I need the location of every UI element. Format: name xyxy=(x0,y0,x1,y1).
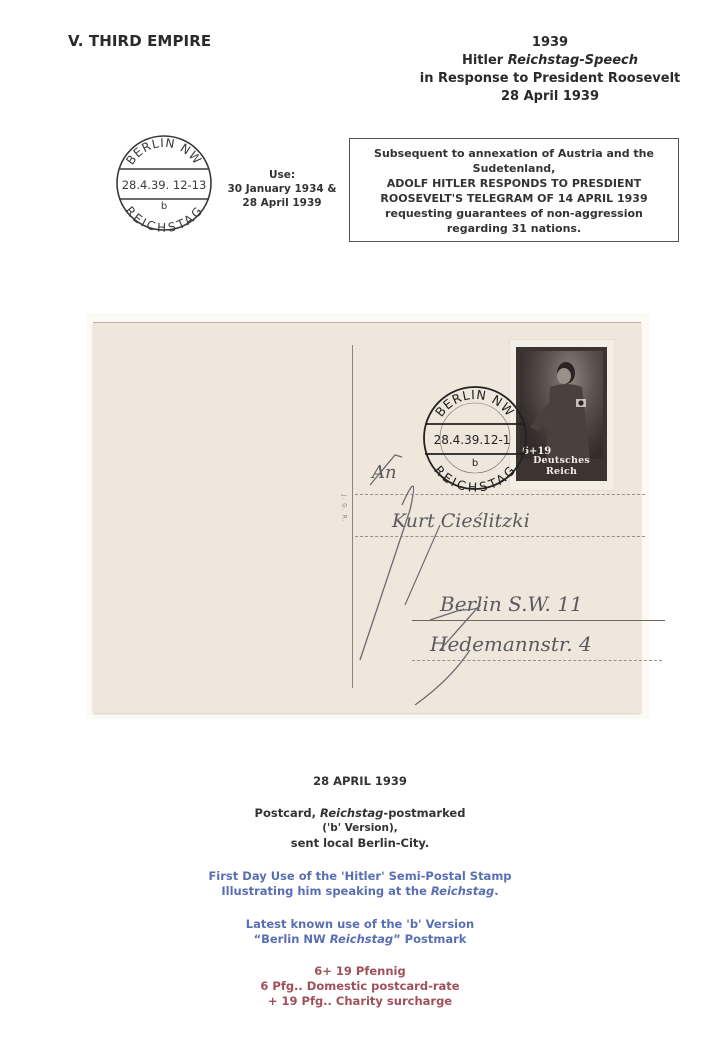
header-context: in Response to President Roosevelt xyxy=(380,70,720,88)
handwriting-strokes-icon xyxy=(340,445,640,705)
svg-text:b: b xyxy=(161,201,167,212)
caption-desc-line3: sent local Berlin-City. xyxy=(160,836,560,851)
context-line: ROOSEVELT'S TELEGRAM OF 14 APRIL 1939 xyxy=(350,191,678,206)
svg-text:28.4.39. 12-13: 28.4.39. 12-13 xyxy=(122,178,207,192)
context-line: regarding 31 nations. xyxy=(350,221,678,236)
usage-date-2: 28 April 1939 xyxy=(212,196,352,210)
caption-text: “Berlin NW xyxy=(254,932,330,946)
caption-first-day: First Day Use of the 'Hitler' Semi-Posta… xyxy=(160,869,560,899)
caption-description: Postcard, Reichstag-postmarked ('b' Vers… xyxy=(160,806,560,851)
caption-text: . xyxy=(494,884,498,898)
caption-latest-use: Latest known use of the 'b' Version “Ber… xyxy=(160,917,560,947)
page-header: 1939 Hitler Reichstag-Speech in Response… xyxy=(380,34,720,106)
caption-text: Illustrating him speaking at the xyxy=(221,884,431,898)
speaker-figure-icon xyxy=(520,351,603,459)
caption-text: Postcard, xyxy=(255,806,321,820)
caption-rate: 6+ 19 Pfennig 6 Pfg.. Domestic postcard-… xyxy=(160,964,560,1009)
context-line: Subsequent to annexation of Austria and … xyxy=(350,146,678,161)
caption-text: -postmarked xyxy=(383,806,465,820)
context-box: Subsequent to annexation of Austria and … xyxy=(349,138,679,242)
caption-first-day-line2: Illustrating him speaking at the Reichst… xyxy=(160,884,560,899)
usage-note: Use: 30 January 1934 & 28 April 1939 xyxy=(212,168,352,210)
usage-date-1: 30 January 1934 & xyxy=(212,182,352,196)
header-year: 1939 xyxy=(380,34,720,52)
caption-first-day-line1: First Day Use of the 'Hitler' Semi-Posta… xyxy=(160,869,560,884)
caption-text: ” Postmark xyxy=(393,932,466,946)
caption-date: 28 APRIL 1939 xyxy=(160,774,560,789)
postmark-icon: BERLIN NW 28.4.39. 12-13 b REICHSTAG xyxy=(114,133,214,233)
svg-text:BERLIN NW: BERLIN NW xyxy=(123,136,204,168)
context-line: ADOLF HITLER RESPONDS TO PRESDIENT xyxy=(350,176,678,191)
stamp-portrait xyxy=(520,351,603,459)
context-line: requesting guarantees of non-aggression xyxy=(350,206,678,221)
section-title: V. THIRD EMPIRE xyxy=(68,32,211,50)
caption-text: Reichstag xyxy=(320,806,383,820)
caption-rate-line1: 6+ 19 Pfennig xyxy=(160,964,560,979)
caption-rate-line2: 6 Pfg.. Domestic postcard-rate xyxy=(160,979,560,994)
caption-rate-line3: + 19 Pfg.. Charity surcharge xyxy=(160,994,560,1009)
usage-label: Use: xyxy=(212,168,352,182)
caption-latest-line1: Latest known use of the 'b' Version xyxy=(160,917,560,932)
header-date: 28 April 1939 xyxy=(380,88,720,106)
context-line: Sudetenland, xyxy=(350,161,678,176)
caption-latest-line2: “Berlin NW Reichstag” Postmark xyxy=(160,932,560,947)
caption-text: Reichstag xyxy=(330,932,393,946)
header-subject-prefix: Hitler xyxy=(462,53,508,68)
postmark-illustration: BERLIN NW 28.4.39. 12-13 b REICHSTAG xyxy=(114,133,214,237)
caption-desc-line2: ('b' Version), xyxy=(160,821,560,836)
header-subject-italic: Reichstag-Speech xyxy=(508,53,638,68)
caption-desc-line1: Postcard, Reichstag-postmarked xyxy=(160,806,560,821)
header-subject: Hitler Reichstag-Speech xyxy=(380,52,720,70)
caption-text: Reichstag xyxy=(431,884,494,898)
